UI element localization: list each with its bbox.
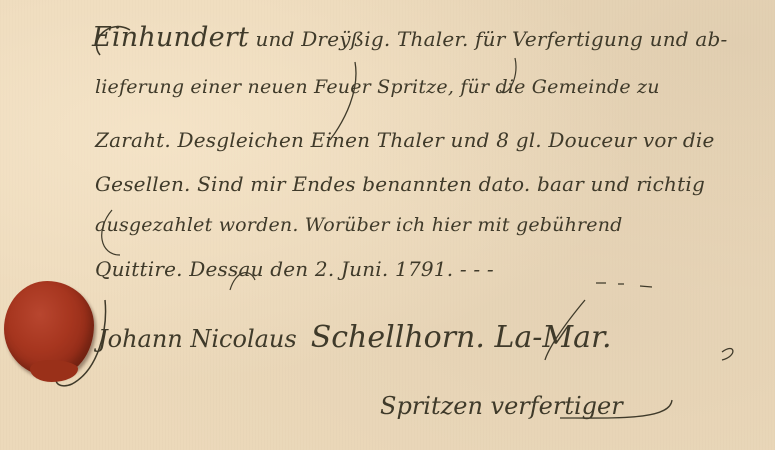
text-line-4: Gesellen. Sind mir Endes benannten dato.… [95, 172, 705, 196]
document-page: Einhundert und Dreÿßig. Thaler. für Verf… [0, 0, 775, 450]
wax-seal-drip [30, 360, 78, 382]
text-line-3: Zaraht. Desgleichen Einen Thaler und 8 g… [95, 128, 715, 152]
line-1-opening-word: Einhundert [92, 22, 249, 53]
text-line-1: Einhundert und Dreÿßig. Thaler. für Verf… [92, 22, 727, 53]
signature-surname: Schellhorn. La-Mar. [311, 320, 612, 355]
text-line-6-date: Quittire. Dessau den 2. Juni. 1791. - - … [95, 257, 494, 281]
signature-name: Johann NicolausSchellhorn. La-Mar. [98, 320, 612, 355]
signature-given-names: Johann Nicolaus [98, 325, 297, 353]
text-line-2: lieferung einer neuen Feuer Spritze, für… [95, 76, 660, 98]
line-1-rest: und Dreÿßig. Thaler. für Verfertigung un… [249, 27, 728, 51]
text-line-5: ausgezahlet worden. Worüber ich hier mit… [95, 214, 623, 236]
signature-title: Spritzen verfertiger [380, 392, 623, 420]
